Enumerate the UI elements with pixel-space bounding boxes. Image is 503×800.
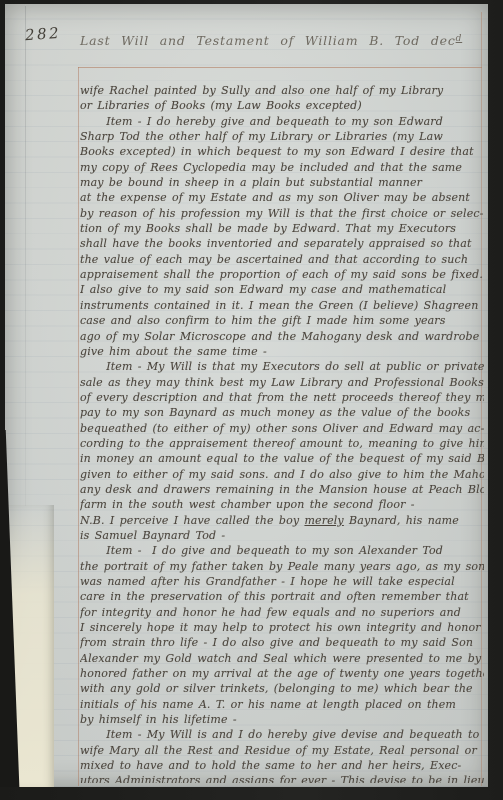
will-text-line: shall have the books inventoried and sep… — [80, 236, 484, 251]
will-text-line: the value of each may be ascertained and… — [80, 252, 484, 267]
header-margin-rule — [78, 67, 482, 68]
will-text-line: instruments contained in it. I mean the … — [80, 298, 484, 313]
will-text-line: by himself in his lifetime - — [80, 712, 484, 727]
left-margin-rule — [78, 67, 79, 786]
will-text-line: N.B. I perceive I have called the boy me… — [80, 513, 484, 528]
will-text-line: given to either of my said sons. and I d… — [80, 467, 484, 482]
will-text-line: Sharp Tod the other half of my Library o… — [80, 129, 484, 144]
will-text-line: may be bound in sheep in a plain but sub… — [80, 175, 484, 190]
will-text-line: utors Administrators and assigns for eve… — [80, 773, 484, 783]
will-text-line: tion of my Books shall be made by Edward… — [80, 221, 484, 236]
will-text-line: pay to my son Baynard as much money as t… — [80, 405, 484, 420]
will-text-lines: wife Rachel painted by Sully and also on… — [80, 83, 484, 783]
will-text-line: Item - I do give and bequeath to my son … — [80, 543, 484, 558]
will-text-line: of every description and that from the n… — [80, 390, 484, 405]
will-text-line: from strain thro life - I do also give a… — [80, 635, 484, 650]
will-ledger-page-scan: 282 Last Will and Testament of William B… — [0, 0, 503, 800]
will-text-line: at the expense of my Estate and as my so… — [80, 190, 484, 205]
will-text-line: is Samuel Baynard Tod - — [80, 528, 484, 543]
will-text-line: by reason of his profession my Will is t… — [80, 206, 484, 221]
will-text-line: my copy of Rees Cyclopedia may be includ… — [80, 160, 484, 175]
will-text-line: honored father on my arrival at the age … — [80, 666, 484, 681]
will-text-line: case and also confirm to him the gift I … — [80, 313, 484, 328]
will-text-line: in money an amount equal to the value of… — [80, 451, 484, 466]
will-text-line: wife Mary all the Rest and Residue of my… — [80, 743, 484, 758]
will-text-line: I sincerely hope it may help to protect … — [80, 620, 484, 635]
will-text-line: bequeathed (to either of my) other sons … — [80, 421, 484, 436]
will-text-line: Item - I do hereby give and bequeath to … — [80, 114, 484, 129]
will-text-line: with any gold or silver trinkets, (belon… — [80, 681, 484, 696]
will-text-line: I also give to my said son Edward my cas… — [80, 282, 484, 297]
will-text-line: care in the preservation of this portrai… — [80, 589, 484, 604]
will-text-line: wife Rachel painted by Sully and also on… — [80, 83, 484, 98]
page-number: 282 — [24, 24, 61, 44]
will-text-line: Alexander my Gold watch and Seal which w… — [80, 651, 484, 666]
will-text-line: Books excepted) in which bequest to my s… — [80, 144, 484, 159]
will-text-line: was named after his Grandfather - I hope… — [80, 574, 484, 589]
will-text-line: or Libraries of Books (my Law Books exce… — [80, 98, 484, 113]
will-text-line: initials of his name A. T. or his name a… — [80, 697, 484, 712]
page-title: Last Will and Testament of William B. To… — [80, 33, 462, 48]
underlined-word: merely — [304, 514, 343, 527]
will-text-line: ago of my Solar Microscope and the Mahog… — [80, 329, 484, 344]
will-text-line: for integrity and honor he had few equal… — [80, 605, 484, 620]
will-text-line: sale as they may think best my Law Libra… — [80, 375, 484, 390]
page-title-superscript: d — [456, 34, 463, 44]
will-text-line: give him about the same time - — [80, 344, 484, 359]
will-text-line: farm in the south west chamber upon the … — [80, 497, 484, 512]
will-text-line: Item - My Will is that my Executors do s… — [80, 359, 484, 374]
will-text-line: any desk and drawers remaining in the Ma… — [80, 482, 484, 497]
paper-fold-line — [25, 6, 26, 506]
will-text-line: mixed to have and to hold the same to he… — [80, 758, 484, 773]
page-title-text: Last Will and Testament of William B. To… — [80, 33, 456, 48]
will-text-line: appraisement shall the proportion of eac… — [80, 267, 484, 282]
will-text-line: cording to the appraisement thereof amou… — [80, 436, 484, 451]
will-text-line: the portrait of my father taken by Peale… — [80, 559, 484, 574]
will-text-line: Item - My Will is and I do hereby give d… — [80, 727, 484, 742]
